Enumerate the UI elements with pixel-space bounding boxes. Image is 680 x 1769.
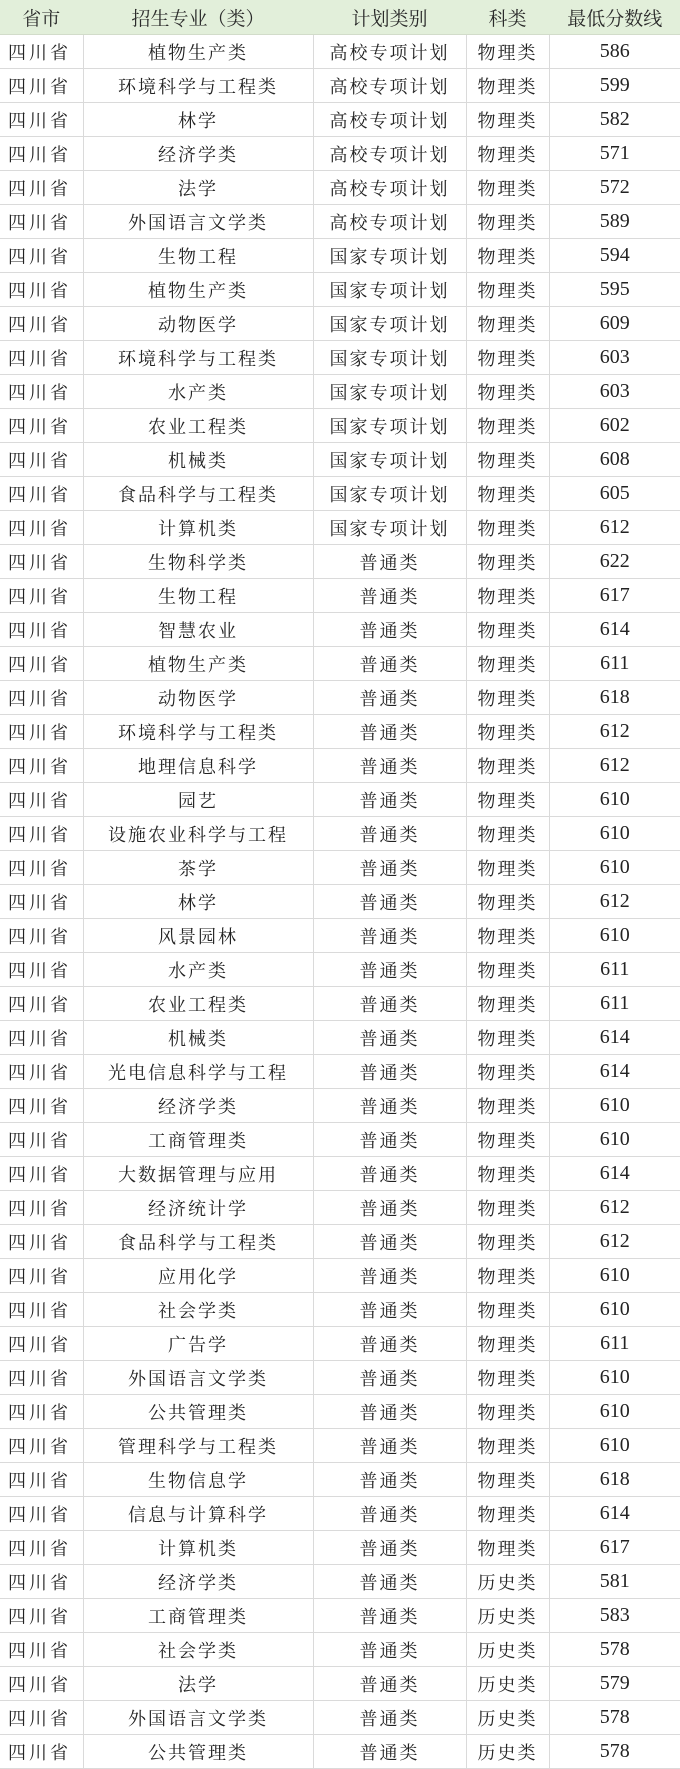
table-row: 四川省机械类国家专项计划物理类608: [0, 443, 680, 477]
cell-major: 林学: [83, 885, 313, 919]
cell-min-score: 610: [549, 817, 680, 851]
cell-subject: 物理类: [466, 341, 549, 375]
cell-plan-type: 国家专项计划: [313, 477, 466, 511]
cell-plan-type: 普通类: [313, 1021, 466, 1055]
cell-province: 四川省: [0, 375, 83, 409]
cell-province: 四川省: [0, 443, 83, 477]
cell-plan-type: 普通类: [313, 817, 466, 851]
cell-major: 水产类: [83, 953, 313, 987]
cell-plan-type: 高校专项计划: [313, 35, 466, 69]
table-row: 四川省法学普通类历史类579: [0, 1667, 680, 1701]
cell-subject: 物理类: [466, 919, 549, 953]
cell-plan-type: 普通类: [313, 1395, 466, 1429]
cell-province: 四川省: [0, 341, 83, 375]
cell-min-score: 578: [549, 1735, 680, 1769]
cell-major: 环境科学与工程类: [83, 69, 313, 103]
table-row: 四川省外国语言文学类高校专项计划物理类589: [0, 205, 680, 239]
cell-plan-type: 高校专项计划: [313, 205, 466, 239]
cell-major: 林学: [83, 103, 313, 137]
cell-subject: 物理类: [466, 307, 549, 341]
cell-major: 智慧农业: [83, 613, 313, 647]
cell-province: 四川省: [0, 1633, 83, 1667]
cell-province: 四川省: [0, 1123, 83, 1157]
cell-plan-type: 普通类: [313, 1259, 466, 1293]
table-row: 四川省应用化学普通类物理类610: [0, 1259, 680, 1293]
cell-min-score: 579: [549, 1667, 680, 1701]
cell-min-score: 582: [549, 103, 680, 137]
cell-major: 管理科学与工程类: [83, 1429, 313, 1463]
cell-province: 四川省: [0, 1055, 83, 1089]
table-row: 四川省植物生产类普通类物理类611: [0, 647, 680, 681]
table-row: 四川省生物科学类普通类物理类622: [0, 545, 680, 579]
cell-major: 社会学类: [83, 1633, 313, 1667]
table-row: 四川省农业工程类国家专项计划物理类602: [0, 409, 680, 443]
column-header-major: 招生专业（类）: [83, 1, 313, 35]
cell-plan-type: 普通类: [313, 1191, 466, 1225]
table-row: 四川省管理科学与工程类普通类物理类610: [0, 1429, 680, 1463]
cell-min-score: 578: [549, 1701, 680, 1735]
cell-subject: 物理类: [466, 613, 549, 647]
cell-min-score: 614: [549, 1157, 680, 1191]
cell-min-score: 618: [549, 681, 680, 715]
cell-min-score: 608: [549, 443, 680, 477]
cell-plan-type: 普通类: [313, 749, 466, 783]
cell-province: 四川省: [0, 1599, 83, 1633]
cell-subject: 历史类: [466, 1667, 549, 1701]
cell-province: 四川省: [0, 749, 83, 783]
cell-min-score: 610: [549, 783, 680, 817]
cell-province: 四川省: [0, 579, 83, 613]
table-row: 四川省环境科学与工程类高校专项计划物理类599: [0, 69, 680, 103]
cell-plan-type: 国家专项计划: [313, 341, 466, 375]
cell-major: 法学: [83, 1667, 313, 1701]
table-row: 四川省社会学类普通类历史类578: [0, 1633, 680, 1667]
cell-subject: 物理类: [466, 103, 549, 137]
cell-province: 四川省: [0, 1361, 83, 1395]
table-row: 四川省生物工程国家专项计划物理类594: [0, 239, 680, 273]
cell-subject: 物理类: [466, 783, 549, 817]
table-row: 四川省法学高校专项计划物理类572: [0, 171, 680, 205]
table-row: 四川省风景园林普通类物理类610: [0, 919, 680, 953]
cell-subject: 物理类: [466, 477, 549, 511]
table-row: 四川省设施农业科学与工程普通类物理类610: [0, 817, 680, 851]
column-header-min-score: 最低分数线: [549, 1, 680, 35]
cell-min-score: 617: [549, 1531, 680, 1565]
cell-province: 四川省: [0, 1225, 83, 1259]
cell-subject: 物理类: [466, 1463, 549, 1497]
table-row: 四川省植物生产类高校专项计划物理类586: [0, 35, 680, 69]
cell-province: 四川省: [0, 1565, 83, 1599]
cell-plan-type: 普通类: [313, 987, 466, 1021]
cell-province: 四川省: [0, 817, 83, 851]
cell-plan-type: 普通类: [313, 647, 466, 681]
header-row: 省市 招生专业（类） 计划类别 科类 最低分数线: [0, 1, 680, 35]
cell-min-score: 610: [549, 1293, 680, 1327]
cell-major: 生物信息学: [83, 1463, 313, 1497]
cell-plan-type: 普通类: [313, 1701, 466, 1735]
cell-min-score: 611: [549, 647, 680, 681]
cell-min-score: 603: [549, 341, 680, 375]
table-row: 四川省林学高校专项计划物理类582: [0, 103, 680, 137]
cell-subject: 历史类: [466, 1735, 549, 1769]
cell-min-score: 594: [549, 239, 680, 273]
cell-major: 广告学: [83, 1327, 313, 1361]
cell-subject: 物理类: [466, 409, 549, 443]
cell-province: 四川省: [0, 1157, 83, 1191]
cell-plan-type: 普通类: [313, 681, 466, 715]
cell-province: 四川省: [0, 1395, 83, 1429]
cell-min-score: 610: [549, 851, 680, 885]
cell-subject: 物理类: [466, 545, 549, 579]
table-header: 省市 招生专业（类） 计划类别 科类 最低分数线: [0, 1, 680, 35]
admission-score-table: 省市 招生专业（类） 计划类别 科类 最低分数线 四川省植物生产类高校专项计划物…: [0, 0, 680, 1769]
cell-major: 法学: [83, 171, 313, 205]
cell-min-score: 602: [549, 409, 680, 443]
cell-major: 经济统计学: [83, 1191, 313, 1225]
cell-province: 四川省: [0, 545, 83, 579]
table-row: 四川省食品科学与工程类普通类物理类612: [0, 1225, 680, 1259]
cell-min-score: 612: [549, 885, 680, 919]
cell-plan-type: 国家专项计划: [313, 443, 466, 477]
cell-plan-type: 国家专项计划: [313, 307, 466, 341]
table-row: 四川省机械类普通类物理类614: [0, 1021, 680, 1055]
cell-min-score: 599: [549, 69, 680, 103]
cell-province: 四川省: [0, 1429, 83, 1463]
table-row: 四川省食品科学与工程类国家专项计划物理类605: [0, 477, 680, 511]
cell-plan-type: 普通类: [313, 1327, 466, 1361]
cell-min-score: 614: [549, 1055, 680, 1089]
cell-plan-type: 普通类: [313, 1667, 466, 1701]
cell-plan-type: 普通类: [313, 1497, 466, 1531]
cell-province: 四川省: [0, 1089, 83, 1123]
table-row: 四川省经济学类普通类物理类610: [0, 1089, 680, 1123]
cell-subject: 物理类: [466, 1293, 549, 1327]
cell-major: 外国语言文学类: [83, 1701, 313, 1735]
cell-min-score: 614: [549, 613, 680, 647]
cell-major: 农业工程类: [83, 409, 313, 443]
cell-plan-type: 普通类: [313, 1089, 466, 1123]
table-row: 四川省外国语言文学类普通类物理类610: [0, 1361, 680, 1395]
cell-min-score: 610: [549, 919, 680, 953]
cell-subject: 历史类: [466, 1565, 549, 1599]
table-row: 四川省动物医学国家专项计划物理类609: [0, 307, 680, 341]
cell-major: 生物工程: [83, 239, 313, 273]
cell-subject: 物理类: [466, 1395, 549, 1429]
cell-min-score: 611: [549, 1327, 680, 1361]
cell-major: 机械类: [83, 443, 313, 477]
table-row: 四川省社会学类普通类物理类610: [0, 1293, 680, 1327]
cell-min-score: 612: [549, 749, 680, 783]
table-row: 四川省园艺普通类物理类610: [0, 783, 680, 817]
cell-subject: 物理类: [466, 273, 549, 307]
cell-subject: 物理类: [466, 1157, 549, 1191]
cell-subject: 物理类: [466, 1191, 549, 1225]
cell-major: 大数据管理与应用: [83, 1157, 313, 1191]
cell-major: 应用化学: [83, 1259, 313, 1293]
cell-subject: 物理类: [466, 885, 549, 919]
cell-plan-type: 国家专项计划: [313, 273, 466, 307]
cell-province: 四川省: [0, 477, 83, 511]
table-row: 四川省广告学普通类物理类611: [0, 1327, 680, 1361]
cell-min-score: 578: [549, 1633, 680, 1667]
cell-min-score: 618: [549, 1463, 680, 1497]
cell-plan-type: 普通类: [313, 1225, 466, 1259]
cell-province: 四川省: [0, 851, 83, 885]
cell-min-score: 605: [549, 477, 680, 511]
cell-major: 公共管理类: [83, 1735, 313, 1769]
table-row: 四川省智慧农业普通类物理类614: [0, 613, 680, 647]
cell-major: 设施农业科学与工程: [83, 817, 313, 851]
cell-major: 经济学类: [83, 1089, 313, 1123]
cell-province: 四川省: [0, 69, 83, 103]
cell-major: 风景园林: [83, 919, 313, 953]
cell-major: 光电信息科学与工程: [83, 1055, 313, 1089]
cell-province: 四川省: [0, 35, 83, 69]
cell-province: 四川省: [0, 239, 83, 273]
cell-min-score: 589: [549, 205, 680, 239]
cell-province: 四川省: [0, 1701, 83, 1735]
cell-major: 外国语言文学类: [83, 1361, 313, 1395]
cell-subject: 历史类: [466, 1599, 549, 1633]
cell-min-score: 612: [549, 511, 680, 545]
cell-province: 四川省: [0, 1327, 83, 1361]
column-header-plan-type: 计划类别: [313, 1, 466, 35]
cell-province: 四川省: [0, 273, 83, 307]
cell-subject: 物理类: [466, 647, 549, 681]
cell-major: 计算机类: [83, 511, 313, 545]
cell-plan-type: 普通类: [313, 1361, 466, 1395]
cell-major: 水产类: [83, 375, 313, 409]
cell-province: 四川省: [0, 1293, 83, 1327]
cell-province: 四川省: [0, 137, 83, 171]
cell-province: 四川省: [0, 919, 83, 953]
cell-subject: 物理类: [466, 1429, 549, 1463]
cell-subject: 物理类: [466, 749, 549, 783]
cell-plan-type: 普通类: [313, 613, 466, 647]
cell-subject: 物理类: [466, 1021, 549, 1055]
table-row: 四川省生物信息学普通类物理类618: [0, 1463, 680, 1497]
cell-province: 四川省: [0, 647, 83, 681]
cell-min-score: 610: [549, 1259, 680, 1293]
cell-subject: 物理类: [466, 1327, 549, 1361]
table-row: 四川省公共管理类普通类物理类610: [0, 1395, 680, 1429]
cell-plan-type: 普通类: [313, 1429, 466, 1463]
cell-subject: 物理类: [466, 1225, 549, 1259]
cell-subject: 物理类: [466, 953, 549, 987]
cell-major: 动物医学: [83, 681, 313, 715]
cell-plan-type: 国家专项计划: [313, 375, 466, 409]
table-row: 四川省环境科学与工程类普通类物理类612: [0, 715, 680, 749]
cell-subject: 物理类: [466, 69, 549, 103]
cell-subject: 物理类: [466, 443, 549, 477]
cell-plan-type: 普通类: [313, 1633, 466, 1667]
cell-province: 四川省: [0, 715, 83, 749]
cell-major: 经济学类: [83, 1565, 313, 1599]
table-row: 四川省公共管理类普通类历史类578: [0, 1735, 680, 1769]
cell-min-score: 610: [549, 1123, 680, 1157]
cell-plan-type: 高校专项计划: [313, 171, 466, 205]
cell-major: 社会学类: [83, 1293, 313, 1327]
cell-subject: 物理类: [466, 137, 549, 171]
table-row: 四川省地理信息科学普通类物理类612: [0, 749, 680, 783]
cell-subject: 物理类: [466, 375, 549, 409]
cell-province: 四川省: [0, 1259, 83, 1293]
cell-province: 四川省: [0, 307, 83, 341]
cell-province: 四川省: [0, 885, 83, 919]
table-row: 四川省环境科学与工程类国家专项计划物理类603: [0, 341, 680, 375]
table-row: 四川省动物医学普通类物理类618: [0, 681, 680, 715]
cell-plan-type: 高校专项计划: [313, 137, 466, 171]
cell-province: 四川省: [0, 783, 83, 817]
cell-plan-type: 普通类: [313, 885, 466, 919]
cell-plan-type: 普通类: [313, 953, 466, 987]
cell-subject: 物理类: [466, 1497, 549, 1531]
cell-province: 四川省: [0, 613, 83, 647]
cell-min-score: 617: [549, 579, 680, 613]
cell-min-score: 610: [549, 1395, 680, 1429]
cell-subject: 物理类: [466, 1259, 549, 1293]
cell-plan-type: 普通类: [313, 1293, 466, 1327]
cell-major: 植物生产类: [83, 35, 313, 69]
cell-major: 环境科学与工程类: [83, 341, 313, 375]
cell-plan-type: 普通类: [313, 1565, 466, 1599]
cell-major: 工商管理类: [83, 1599, 313, 1633]
cell-subject: 物理类: [466, 35, 549, 69]
cell-province: 四川省: [0, 1463, 83, 1497]
cell-plan-type: 普通类: [313, 1735, 466, 1769]
cell-subject: 物理类: [466, 681, 549, 715]
cell-min-score: 581: [549, 1565, 680, 1599]
cell-min-score: 622: [549, 545, 680, 579]
table-row: 四川省大数据管理与应用普通类物理类614: [0, 1157, 680, 1191]
cell-subject: 历史类: [466, 1701, 549, 1735]
cell-plan-type: 普通类: [313, 919, 466, 953]
cell-plan-type: 普通类: [313, 1599, 466, 1633]
cell-subject: 物理类: [466, 1361, 549, 1395]
cell-major: 农业工程类: [83, 987, 313, 1021]
cell-major: 生物科学类: [83, 545, 313, 579]
cell-province: 四川省: [0, 953, 83, 987]
cell-major: 外国语言文学类: [83, 205, 313, 239]
cell-major: 信息与计算科学: [83, 1497, 313, 1531]
table-row: 四川省信息与计算科学普通类物理类614: [0, 1497, 680, 1531]
cell-plan-type: 普通类: [313, 1055, 466, 1089]
cell-plan-type: 普通类: [313, 579, 466, 613]
cell-major: 植物生产类: [83, 273, 313, 307]
cell-subject: 物理类: [466, 1123, 549, 1157]
table-row: 四川省工商管理类普通类物理类610: [0, 1123, 680, 1157]
cell-major: 环境科学与工程类: [83, 715, 313, 749]
cell-min-score: 612: [549, 1191, 680, 1225]
cell-plan-type: 国家专项计划: [313, 511, 466, 545]
cell-plan-type: 国家专项计划: [313, 409, 466, 443]
table-row: 四川省林学普通类物理类612: [0, 885, 680, 919]
table-row: 四川省植物生产类国家专项计划物理类595: [0, 273, 680, 307]
cell-major: 茶学: [83, 851, 313, 885]
cell-plan-type: 普通类: [313, 783, 466, 817]
cell-min-score: 610: [549, 1089, 680, 1123]
cell-major: 工商管理类: [83, 1123, 313, 1157]
table-row: 四川省经济统计学普通类物理类612: [0, 1191, 680, 1225]
cell-plan-type: 普通类: [313, 1157, 466, 1191]
cell-province: 四川省: [0, 171, 83, 205]
cell-plan-type: 普通类: [313, 1531, 466, 1565]
column-header-province: 省市: [0, 1, 83, 35]
cell-province: 四川省: [0, 681, 83, 715]
cell-province: 四川省: [0, 1021, 83, 1055]
cell-major: 食品科学与工程类: [83, 1225, 313, 1259]
cell-province: 四川省: [0, 1667, 83, 1701]
cell-plan-type: 普通类: [313, 1463, 466, 1497]
cell-major: 食品科学与工程类: [83, 477, 313, 511]
table-row: 四川省经济学类高校专项计划物理类571: [0, 137, 680, 171]
cell-min-score: 610: [549, 1429, 680, 1463]
cell-major: 公共管理类: [83, 1395, 313, 1429]
cell-plan-type: 高校专项计划: [313, 69, 466, 103]
cell-plan-type: 普通类: [313, 715, 466, 749]
table-row: 四川省水产类普通类物理类611: [0, 953, 680, 987]
cell-subject: 物理类: [466, 579, 549, 613]
cell-subject: 物理类: [466, 1055, 549, 1089]
cell-major: 计算机类: [83, 1531, 313, 1565]
cell-min-score: 614: [549, 1497, 680, 1531]
cell-major: 植物生产类: [83, 647, 313, 681]
column-header-subject: 科类: [466, 1, 549, 35]
table-body: 四川省植物生产类高校专项计划物理类586四川省环境科学与工程类高校专项计划物理类…: [0, 35, 680, 1769]
cell-major: 地理信息科学: [83, 749, 313, 783]
cell-min-score: 610: [549, 1361, 680, 1395]
cell-subject: 物理类: [466, 1531, 549, 1565]
cell-major: 园艺: [83, 783, 313, 817]
table-row: 四川省生物工程普通类物理类617: [0, 579, 680, 613]
cell-min-score: 571: [549, 137, 680, 171]
cell-province: 四川省: [0, 409, 83, 443]
cell-subject: 物理类: [466, 851, 549, 885]
cell-province: 四川省: [0, 205, 83, 239]
cell-province: 四川省: [0, 1735, 83, 1769]
cell-subject: 物理类: [466, 715, 549, 749]
cell-subject: 物理类: [466, 817, 549, 851]
cell-subject: 物理类: [466, 511, 549, 545]
cell-min-score: 583: [549, 1599, 680, 1633]
table-row: 四川省经济学类普通类历史类581: [0, 1565, 680, 1599]
cell-min-score: 611: [549, 987, 680, 1021]
cell-province: 四川省: [0, 1531, 83, 1565]
cell-province: 四川省: [0, 987, 83, 1021]
cell-province: 四川省: [0, 511, 83, 545]
table-row: 四川省农业工程类普通类物理类611: [0, 987, 680, 1021]
cell-major: 机械类: [83, 1021, 313, 1055]
table-row: 四川省计算机类国家专项计划物理类612: [0, 511, 680, 545]
cell-min-score: 612: [549, 1225, 680, 1259]
cell-plan-type: 普通类: [313, 851, 466, 885]
cell-subject: 历史类: [466, 1633, 549, 1667]
cell-min-score: 609: [549, 307, 680, 341]
table-row: 四川省外国语言文学类普通类历史类578: [0, 1701, 680, 1735]
cell-major: 动物医学: [83, 307, 313, 341]
cell-subject: 物理类: [466, 205, 549, 239]
cell-major: 经济学类: [83, 137, 313, 171]
table-row: 四川省茶学普通类物理类610: [0, 851, 680, 885]
table-row: 四川省计算机类普通类物理类617: [0, 1531, 680, 1565]
cell-min-score: 614: [549, 1021, 680, 1055]
cell-min-score: 595: [549, 273, 680, 307]
cell-province: 四川省: [0, 1497, 83, 1531]
cell-min-score: 612: [549, 715, 680, 749]
cell-min-score: 572: [549, 171, 680, 205]
table-row: 四川省水产类国家专项计划物理类603: [0, 375, 680, 409]
cell-subject: 物理类: [466, 239, 549, 273]
